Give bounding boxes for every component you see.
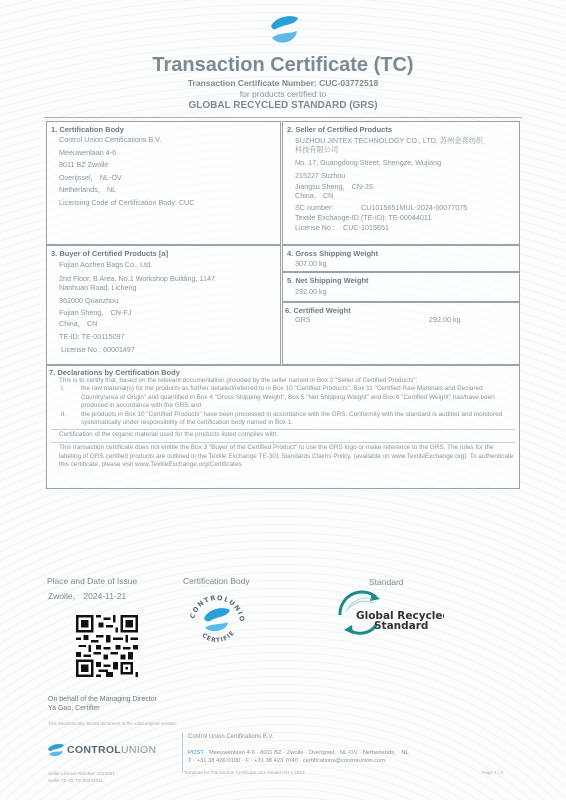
- certified-standard: GRS: [295, 315, 429, 324]
- buyer-te-id: TE-ID: TE-00115097: [59, 330, 280, 343]
- buyer-province: Fujian Sheng， CN-FJ: [59, 307, 280, 318]
- post-label: POST: [188, 750, 204, 756]
- sc-number-label: SC number:: [295, 202, 361, 213]
- grs-logo-line2: Standard: [374, 620, 428, 632]
- box6-heading: 6. Certified Weight: [285, 306, 519, 315]
- standard-label: Standard: [369, 577, 404, 587]
- box-certification-body: 1. Certification Body Control Union Cert…: [46, 121, 281, 245]
- place-date-value: Zwolle， 2024-11-21: [48, 590, 126, 602]
- box-certified-weight: 6. Certified Weight GRS292.00 kg: [282, 302, 520, 365]
- buyer-license: License No.: 60001497: [61, 343, 280, 357]
- post-address: · Meeuwenlaan 4-6 · 8011 BZ · Zwolle · O…: [205, 750, 409, 756]
- seller-address: Jiangsu Sheng， CN-JS: [295, 182, 519, 191]
- box3-heading: 3. Buyer of Certified Products [a]: [51, 249, 280, 258]
- net-weight-value: 292.00 kg: [295, 285, 519, 298]
- template-version: Template for Transaction Certificate v3.…: [184, 770, 305, 775]
- seller-name: SUZHOU JINTEX TECHNOLOGY CO., LTD. 苏州金弈纺…: [295, 136, 519, 145]
- global-recycled-standard-logo: Global Recycled Standard: [334, 589, 444, 637]
- license-label: License No.:: [295, 223, 343, 233]
- brand-light: UNION: [121, 744, 156, 756]
- seller-te-id-footer: Seller TE-ID: TE-00044011: [48, 778, 103, 783]
- sc-number-value: CU1015651MUL-2024-00077075: [361, 203, 467, 212]
- control-union-certified-seal-icon: CONTROLUNION CERTIFIED: [186, 590, 248, 652]
- box1-line: 8011 BZ Zwolle: [59, 159, 280, 172]
- box7-heading: 7. Declarations by Certification Body: [49, 368, 519, 377]
- footer-company: Control Union Certifications B.V.: [188, 734, 274, 740]
- license-value: CUC-1015651: [343, 223, 389, 232]
- control-union-wordmark: CONTROLUNION: [67, 744, 156, 756]
- svg-text:CONTROLUNION: CONTROLUNION: [186, 590, 246, 623]
- seller-address: 215227 Suzhou: [295, 169, 519, 182]
- tel-label: T: [188, 758, 191, 764]
- certificate-title: Transaction Certificate (TC): [0, 54, 566, 77]
- seller-address: China， CN: [295, 191, 519, 200]
- certification-body-label: Certification Body: [183, 576, 250, 586]
- certified-weight-value: 292.00 kg: [429, 315, 461, 324]
- control-union-footer-logo-icon: [47, 743, 65, 757]
- control-union-logo-icon: [266, 12, 302, 48]
- declaration-item-1: the raw material(s) for the products as …: [81, 385, 503, 410]
- page-number: Page 1 / 3: [482, 770, 503, 775]
- organic-certification-text: Certification of the organic material us…: [59, 430, 519, 440]
- box1-heading: 1. Certification Body: [51, 125, 280, 134]
- seller-te-id: Textile Exchange-ID (TE-ID): TE-00044011: [295, 213, 519, 223]
- buyer-address-1: 2nd Floor, B Area, No.1 Workshop Buildin…: [59, 274, 280, 283]
- box2-heading: 2. Seller of Certified Products: [287, 125, 519, 134]
- box5-heading: 5. Net Shipping Weight: [287, 276, 519, 285]
- box1-line: Licensing Code of Certification Body: CU…: [59, 197, 280, 210]
- box-gross-weight: 4. Gross Shipping Weight 307.00 kg: [282, 245, 520, 272]
- header-divider: [44, 117, 522, 118]
- signer-name: Ya Gao, Certifier: [48, 705, 100, 712]
- gross-weight-value: 307.00 kg: [295, 258, 519, 269]
- grs-logo-note: This transaction certificate does not en…: [59, 444, 514, 469]
- footer-divider: [182, 733, 183, 773]
- box1-line: Netherlands， NL: [59, 184, 280, 197]
- on-behalf-text: On behalf of the Managing Director: [48, 696, 157, 703]
- box4-heading: 4. Gross Shipping Weight: [287, 249, 519, 258]
- electronic-original-note: This electronically issued document is t…: [48, 721, 177, 726]
- brand-bold: CONTROL: [67, 744, 121, 756]
- place-date-label: Place and Date of Issue: [47, 576, 137, 586]
- item1-number: I.: [61, 385, 81, 410]
- item2-number: II.: [61, 411, 81, 428]
- tel-fax-email[interactable]: · +31 38 426 0100 · F · +31 38 423 7040 …: [193, 758, 385, 764]
- buyer-address-2: Nanhuan Road, Licheng: [59, 283, 280, 292]
- for-products-text: for products certified to: [0, 89, 566, 99]
- seal-top-text: CONTROLUNION: [186, 590, 246, 623]
- declaration-item-2: the products in Box 10 "Certified Produc…: [81, 411, 503, 428]
- box-net-weight: 5. Net Shipping Weight 292.00 kg: [282, 272, 520, 302]
- box-seller: 2. Seller of Certified Products SUZHOU J…: [282, 121, 520, 245]
- buyer-city: 362000 Quanzhou: [59, 294, 280, 307]
- qr-code[interactable]: [76, 615, 138, 677]
- standard-name: GLOBAL RECYCLED STANDARD (GRS): [0, 100, 566, 111]
- declaration-intro: This is to certify that, based on the re…: [59, 377, 519, 385]
- seller-name-cn: 科技有限公司: [295, 145, 519, 154]
- box1-line: Meeuwenlaan 4-6: [59, 147, 280, 160]
- tc-number: Transaction Certificate Number: CUC-0377…: [0, 78, 566, 88]
- seller-licence-number: Seller Licence Number: 1015651: [48, 771, 115, 776]
- seller-address: No. 17, Guangdong Street, Shengze, Wujia…: [295, 156, 519, 169]
- box-declarations: 7. Declarations by Certification Body Th…: [46, 365, 520, 489]
- box1-line: Control Union Certifications B.V.: [59, 134, 280, 147]
- buyer-country: China， CN: [59, 318, 280, 330]
- buyer-name: Fujian Aozhen Bags Co., Ltd.: [59, 259, 280, 271]
- box1-line: Overijssel， NL-OV: [59, 172, 280, 185]
- box-buyer: 3. Buyer of Certified Products [a] Fujia…: [46, 245, 281, 365]
